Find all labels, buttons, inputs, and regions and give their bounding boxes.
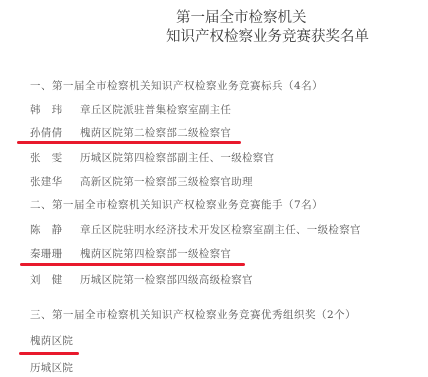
highlight-underline <box>19 352 79 355</box>
awardee-name: 孙倩倩 <box>30 125 72 140</box>
list-item: 张 雯历城区院第四检察部副主任、一级检察官 <box>30 150 274 165</box>
awardee-name: 张 雯 <box>30 150 72 165</box>
list-item: 陈 静章丘区院驻明水经济技术开发区检察室副主任、一级检察官 <box>30 222 361 237</box>
section-heading-3: 三、第一届全市检察机关知识产权检察业务竞赛优秀组织奖（2个） <box>30 307 356 322</box>
list-item: 孙倩倩槐荫区院第二检察部二级检察官 <box>30 125 231 140</box>
awardee-name: 陈 静 <box>30 222 72 237</box>
list-item: 张建华高新区院第一检察部三级检察官助理 <box>30 174 253 189</box>
list-item: 韩 玮章丘区院派驻普集检察室副主任 <box>30 102 231 117</box>
awardee-name: 张建华 <box>30 174 72 189</box>
awardee-position: 章丘区院派驻普集检察室副主任 <box>80 104 231 116</box>
section-heading-2: 二、第一届全市检察机关知识产权检察业务竞赛能手（7名） <box>30 197 323 212</box>
awardee-name: 刘 健 <box>30 272 72 287</box>
awardee-position: 历城区院第四检察部副主任、一级检察官 <box>80 152 274 164</box>
awardee-name: 秦珊珊 <box>30 246 72 261</box>
highlight-underline <box>20 263 245 266</box>
awardee-name: 韩 玮 <box>30 102 72 117</box>
awardee-position: 槐荫区院第二检察部二级检察官 <box>80 127 231 139</box>
list-item: 秦珊珊槐荫区院第四检察部一级检察官 <box>30 246 231 261</box>
section-heading-1: 一、第一届全市检察机关知识产权检察业务竞赛标兵（4名） <box>30 78 323 93</box>
organization-name: 历城区院 <box>30 362 73 374</box>
list-item: 槐荫区院 <box>30 333 73 348</box>
organization-name: 槐荫区院 <box>30 335 73 347</box>
highlight-underline <box>17 141 241 144</box>
document-title-line1: 第一届全市检察机关 <box>176 6 307 27</box>
awardee-position: 章丘区院驻明水经济技术开发区检察室副主任、一级检察官 <box>80 224 361 236</box>
awardee-position: 历城区院第一检察部四级高级检察官 <box>80 274 253 286</box>
awardee-position: 高新区院第一检察部三级检察官助理 <box>80 176 253 188</box>
document-title-line2: 知识产权检察业务竞赛获奖名单 <box>166 25 369 46</box>
awardee-position: 槐荫区院第四检察部一级检察官 <box>80 248 231 260</box>
list-item: 刘 健历城区院第一检察部四级高级检察官 <box>30 272 253 287</box>
list-item: 历城区院 <box>30 360 73 375</box>
